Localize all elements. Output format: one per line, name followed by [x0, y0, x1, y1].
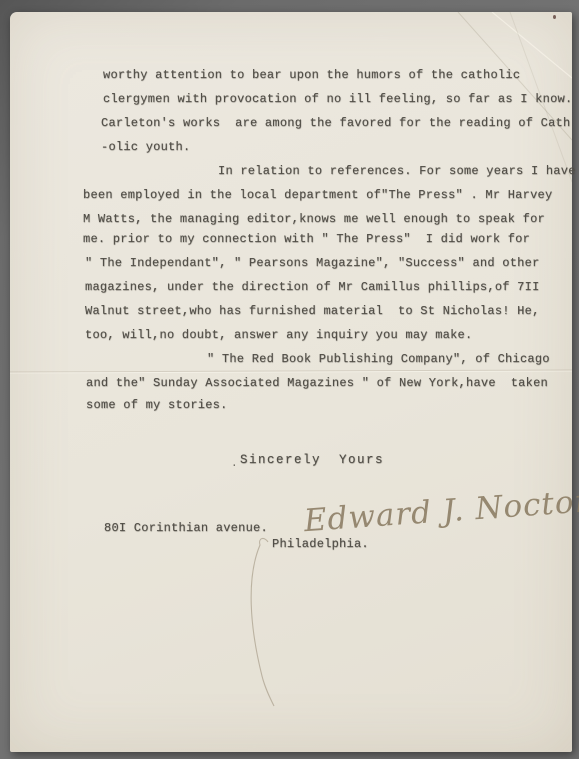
letter-line: some of my stories.: [86, 398, 228, 412]
letter-line: been employed in the local department of…: [83, 188, 552, 202]
letter-line: Carleton's works are among the favored f…: [101, 116, 570, 130]
signature-text: Edward J. Nocton: [302, 483, 579, 539]
letter-line: me. prior to my connection with " The Pr…: [83, 232, 530, 246]
letter-line: " The Red Book Publishing Company", of C…: [207, 352, 550, 366]
pencil-mark: [228, 536, 298, 712]
letter-line: M Watts, the managing editor,knows me we…: [83, 212, 545, 226]
letter-page: worthy attention to bear upon the humors…: [10, 12, 572, 752]
letter-line: too, will,no doubt, answer any inquiry y…: [85, 328, 472, 342]
letter-line: In relation to references. For some year…: [218, 164, 576, 178]
letter-line: worthy attention to bear upon the humors…: [103, 68, 520, 82]
letter-line: -olic youth.: [101, 140, 190, 154]
letter-line: Walnut street,who has furnished material…: [85, 304, 540, 318]
address-street: 80I Corinthian avenue.: [104, 521, 268, 535]
letter-line: " The Independant", " Pearsons Magazine"…: [85, 256, 540, 270]
paper-speck: [553, 15, 556, 19]
stray-mark: .: [231, 458, 238, 470]
letter-line: and the" Sunday Associated Magazines " o…: [86, 376, 548, 390]
letter-line: magazines, under the direction of Mr Cam…: [85, 280, 540, 294]
letter-line: clergymen with provocation of no ill fee…: [103, 92, 572, 106]
